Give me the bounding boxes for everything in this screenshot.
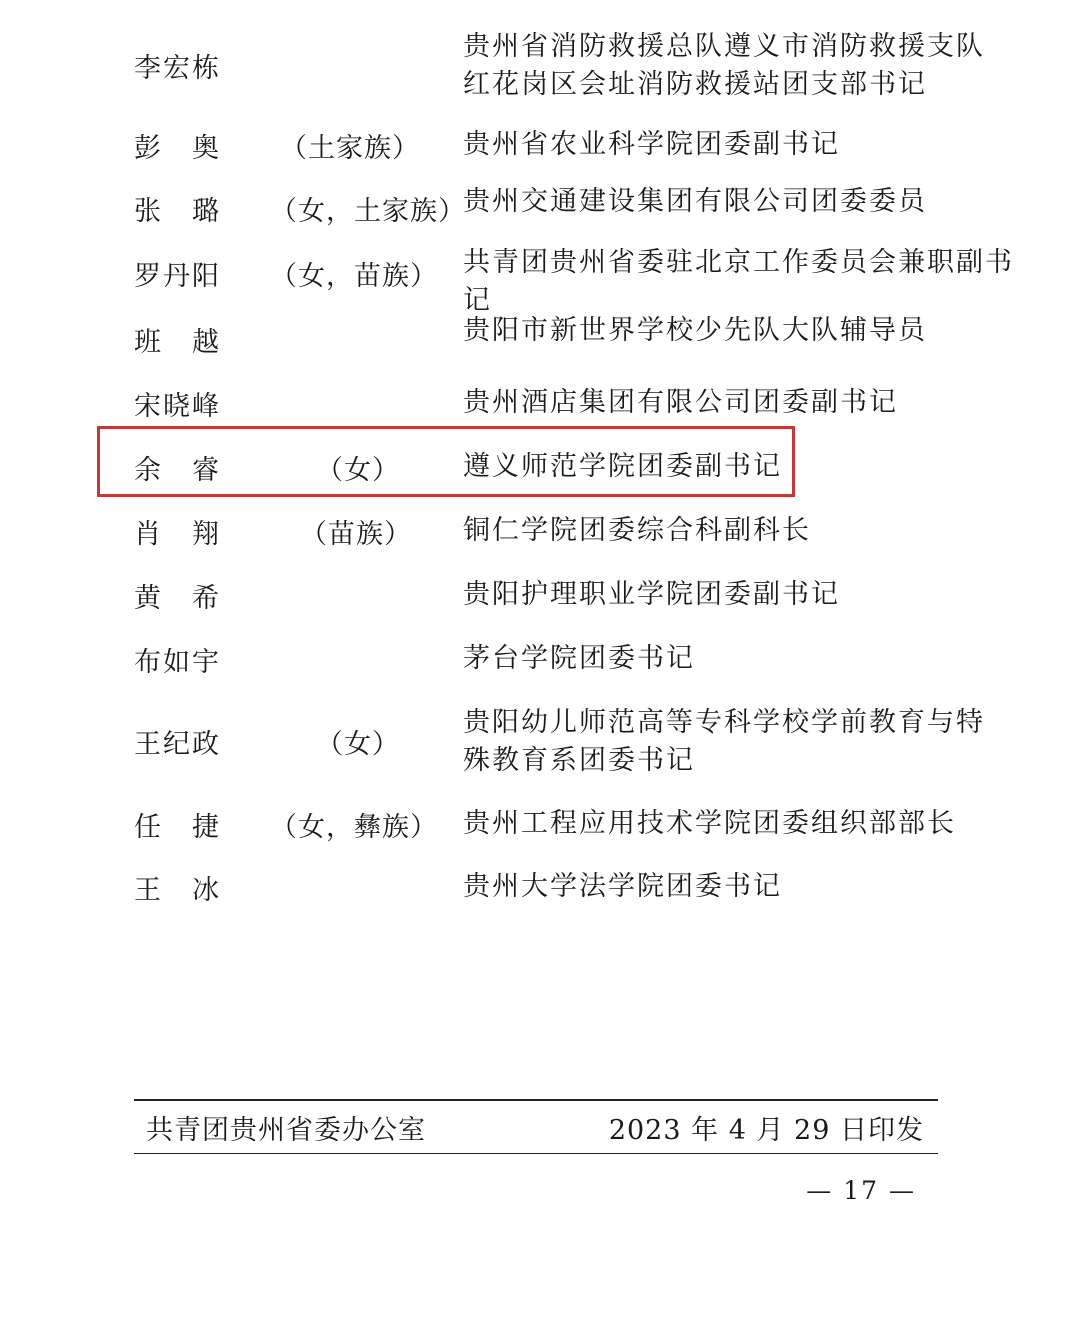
person-name: 张 璐 [134, 189, 221, 228]
person-title: 贵州省消防救援总队遵义市消防救援支队红花岗区会址消防救援站团支部书记 [463, 28, 1011, 104]
person-title: 贵阳市新世界学校少先队大队辅导员 [463, 312, 1023, 350]
person-name: 罗丹阳 [134, 254, 221, 293]
footer-top-rule [134, 1099, 938, 1101]
person-title: 贵州酒店集团有限公司团委副书记 [463, 384, 1023, 422]
person-title: 共青团贵州省委驻北京工作委员会兼职副书记 [463, 244, 1023, 320]
person-name: 布如宇 [134, 640, 221, 679]
person-title: 贵州大学法学院团委书记 [463, 868, 1023, 906]
person-note: （女） [316, 448, 400, 487]
person-note: （女，彝族） [270, 805, 438, 844]
footer-date: 2023 年 4 月 29 日印发 [609, 1108, 924, 1147]
footer-issuer: 共青团贵州省委办公室 [146, 1108, 426, 1147]
person-title: 遵义师范学院团委副书记 [463, 448, 1023, 486]
person-note: （女，苗族） [270, 254, 438, 293]
person-name: 彭 奥 [134, 126, 221, 165]
person-title: 贵阳护理职业学院团委副书记 [463, 576, 1023, 614]
person-name: 肖 翔 [134, 512, 221, 551]
person-name: 班 越 [134, 320, 221, 359]
footer-bottom-rule [134, 1153, 938, 1154]
person-title: 贵州省农业科学院团委副书记 [463, 126, 1023, 164]
page-number: — 17 — [806, 1176, 916, 1205]
person-title: 贵州工程应用技术学院团委组织部部长 [463, 805, 1023, 843]
document-page: 李宏栋 贵州省消防救援总队遵义市消防救援支队红花岗区会址消防救援站团支部书记 彭… [0, 0, 1080, 1335]
person-title: 贵州交通建设集团有限公司团委委员 [463, 183, 1023, 221]
person-name: 余 睿 [134, 448, 221, 487]
person-note: （土家族） [280, 126, 420, 165]
person-title: 茅台学院团委书记 [463, 640, 1023, 678]
person-name: 李宏栋 [134, 46, 221, 85]
person-note: （女，土家族） [270, 189, 466, 228]
person-title: 贵阳幼儿师范高等专科学校学前教育与特殊教育系团委书记 [463, 704, 1011, 780]
person-note: （苗族） [300, 512, 412, 551]
person-name: 王 冰 [134, 868, 221, 907]
person-name: 宋晓峰 [134, 384, 221, 423]
person-name: 王纪政 [134, 722, 221, 761]
person-title: 铜仁学院团委综合科副科长 [463, 512, 1023, 550]
person-name: 任 捷 [134, 805, 221, 844]
person-name: 黄 希 [134, 576, 221, 615]
person-note: （女） [316, 722, 400, 761]
